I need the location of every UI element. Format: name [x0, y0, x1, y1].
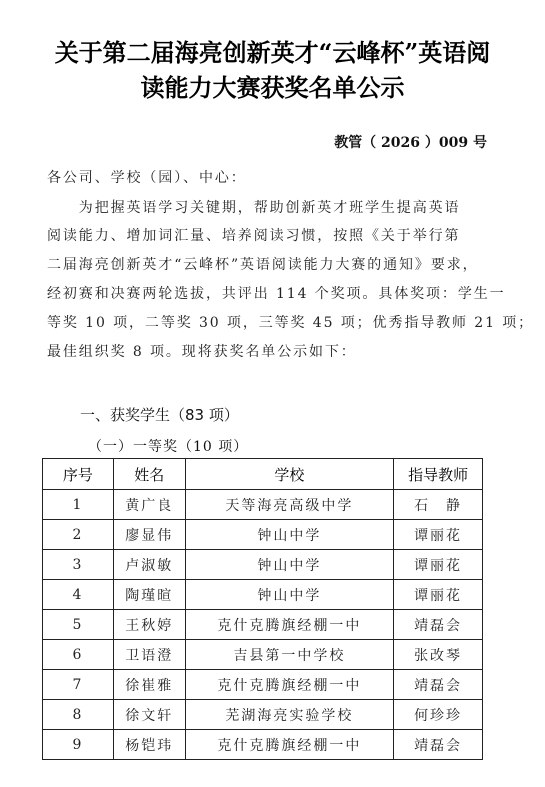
paragraph-line: 阅读能力、增加词汇量、培养阅读习惯，按照《关于举行第 [47, 225, 487, 245]
cell-name: 卢淑敏 [113, 550, 185, 580]
table-row: 6 卫语澄 吉县第一中学校 张改琴 [43, 640, 483, 670]
document-title-line-2: 读能力大赛获奖名单公示 [0, 68, 545, 103]
table-row: 8 徐文轩 芜湖海亮实验学校 何珍珍 [43, 700, 483, 730]
cell-index: 9 [43, 730, 114, 760]
first-prize-table: 序号 姓名 学校 指导教师 1 黄广良 天等海亮高级中学 石 静 2 廖显伟 钟… [42, 458, 483, 760]
cell-school: 钟山中学 [185, 550, 393, 580]
cell-index: 8 [43, 700, 114, 730]
cell-teacher: 靖磊会 [394, 610, 483, 640]
paragraph-line: 最佳组织奖 8 项。现将获奖名单公示如下： [47, 341, 487, 361]
cell-name: 陶瑾暄 [113, 580, 185, 610]
table-header-row: 序号 姓名 学校 指导教师 [43, 459, 483, 490]
cell-name: 廖显伟 [113, 520, 185, 550]
document-title-line-1: 关于第二届海亮创新英才“云峰杯”英语阅 [0, 33, 545, 68]
cell-teacher: 张改琴 [394, 640, 483, 670]
cell-school: 天等海亮高级中学 [185, 490, 393, 520]
cell-teacher: 靖磊会 [394, 730, 483, 760]
cell-school: 克什克腾旗经棚一中 [185, 730, 393, 760]
cell-index: 7 [43, 670, 114, 700]
cell-school: 钟山中学 [185, 580, 393, 610]
table-row: 3 卢淑敏 钟山中学 谭丽花 [43, 550, 483, 580]
cell-index: 5 [43, 610, 114, 640]
column-header-index: 序号 [43, 459, 114, 490]
paragraph-line: 二届海亮创新英才“云峰杯”英语阅读能力大赛的通知》要求， [47, 254, 487, 274]
cell-school: 克什克腾旗经棚一中 [185, 610, 393, 640]
cell-school: 钟山中学 [185, 520, 393, 550]
paragraph-line: 经初赛和决赛两轮选拔，共评出 114 个奖项。具体奖项：学生一 [47, 283, 487, 303]
cell-name: 卫语澄 [113, 640, 185, 670]
cell-school: 吉县第一中学校 [185, 640, 393, 670]
paragraph-line: 为把握英语学习关键期，帮助创新英才班学生提高英语 [47, 197, 487, 217]
table-row: 9 杨铠玮 克什克腾旗经棚一中 靖磊会 [43, 730, 483, 760]
cell-teacher: 谭丽花 [394, 520, 483, 550]
table-row: 7 徐崔雅 克什克腾旗经棚一中 靖磊会 [43, 670, 483, 700]
cell-index: 6 [43, 640, 114, 670]
table-row: 5 王秋婷 克什克腾旗经棚一中 靖磊会 [43, 610, 483, 640]
cell-index: 1 [43, 490, 114, 520]
cell-school: 芜湖海亮实验学校 [185, 700, 393, 730]
cell-name: 徐崔雅 [113, 670, 185, 700]
table-row: 1 黄广良 天等海亮高级中学 石 静 [43, 490, 483, 520]
cell-teacher: 谭丽花 [394, 550, 483, 580]
cell-school: 克什克腾旗经棚一中 [185, 670, 393, 700]
table-row: 2 廖显伟 钟山中学 谭丽花 [43, 520, 483, 550]
document-number: 教管（ 2026 ）009 号 [334, 132, 487, 152]
subsection-heading: （一）一等奖（10 项） [88, 436, 248, 456]
column-header-name: 姓名 [113, 459, 185, 490]
cell-teacher: 谭丽花 [394, 580, 483, 610]
cell-index: 2 [43, 520, 114, 550]
paragraph-line: 等奖 10 项，二等奖 30 项，三等奖 45 项；优秀指导教师 21 项； [47, 312, 487, 332]
cell-name: 徐文轩 [113, 700, 185, 730]
column-header-teacher: 指导教师 [394, 459, 483, 490]
section-heading: 一、获奖学生（83 项） [80, 404, 239, 425]
salutation: 各公司、学校（园）、中心： [47, 167, 487, 187]
cell-index: 3 [43, 550, 114, 580]
cell-index: 4 [43, 580, 114, 610]
cell-name: 王秋婷 [113, 610, 185, 640]
table-row: 4 陶瑾暄 钟山中学 谭丽花 [43, 580, 483, 610]
column-header-school: 学校 [185, 459, 393, 490]
cell-teacher: 石 静 [394, 490, 483, 520]
cell-name: 黄广良 [113, 490, 185, 520]
cell-teacher: 靖磊会 [394, 670, 483, 700]
cell-teacher: 何珍珍 [394, 700, 483, 730]
cell-name: 杨铠玮 [113, 730, 185, 760]
